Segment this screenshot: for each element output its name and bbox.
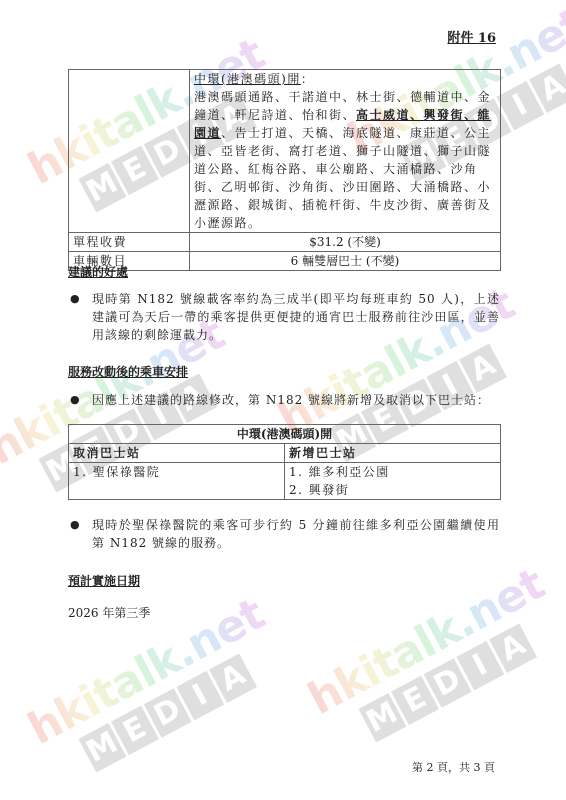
added-stops-cell: 1. 維多利亞公園 2. 興發街	[285, 463, 501, 500]
vehicle-value: 6 輛雙層巴士 (不變)	[190, 252, 501, 271]
fare-label: 單程收費	[69, 233, 190, 252]
bullet-icon: ●	[70, 290, 81, 308]
cancelled-stop: 1. 聖保祿醫院	[73, 463, 280, 481]
added-stop: 1. 維多利亞公園	[289, 463, 496, 481]
date-heading: 預計實施日期	[68, 572, 140, 589]
route-table: 中環(港澳碼頭)開： 港澳碼頭通路、干諾道中、林士街、德輔道中、金鐘道、軒尼詩道…	[68, 69, 501, 271]
arrangements-bullet-2: ● 現時於聖保祿醫院的乘客可步行約 5 分鐘前往維多利亞公園繼續使用第 N182…	[68, 516, 500, 552]
cancelled-stops-cell: 1. 聖保祿醫院	[69, 463, 285, 500]
annex-label: 附件 16	[447, 27, 496, 46]
arrangements-bullet-1: ● 因應上述建議的路線修改，第 N182 號線將新增及取消以下巴士站：	[68, 391, 500, 409]
benefits-bullet: ● 現時第 N182 號線載客率約為三成半(即平均每班車約 50 人)，上述建議…	[68, 290, 500, 344]
bullet-icon: ●	[70, 391, 81, 409]
fare-row: 單程收費 $31.2 (不變)	[69, 233, 501, 252]
benefits-heading: 建議的好處	[68, 263, 128, 280]
added-stop: 2. 興發街	[289, 481, 496, 499]
col-added-header: 新增巴士站	[285, 444, 501, 463]
fare-value: $31.2 (不變)	[190, 233, 501, 252]
stops-table: 中環(港澳碼頭)開 取消巴士站 新增巴士站 1. 聖保祿醫院 1. 維多利亞公園…	[68, 424, 501, 500]
route-text: 、告士打道、天橋、海底隧道、康莊道、公主道、亞皆老街、窩打老道、獅子山隧道、獅子…	[194, 126, 491, 230]
route-label-cell	[69, 70, 190, 233]
stops-table-title: 中環(港澳碼頭)開	[69, 425, 501, 444]
arrangements-heading: 服務改動後的乘車安排	[68, 363, 188, 380]
bullet-icon: ●	[70, 516, 81, 534]
direction-heading: 中環(港澳碼頭)開	[194, 72, 301, 86]
route-row: 中環(港澳碼頭)開： 港澳碼頭通路、干諾道中、林士街、德輔道中、金鐘道、軒尼詩道…	[69, 70, 501, 233]
document-page: 附件 16 中環(港澳碼頭)開： 港澳碼頭通路、干諾道中、林士街、德輔道中、金鐘…	[0, 0, 566, 800]
page-footer: 第 2 頁，共 3 頁	[412, 759, 495, 775]
implementation-date: 2026 年第三季	[68, 604, 150, 621]
col-cancelled-header: 取消巴士站	[69, 444, 285, 463]
route-detail-cell: 中環(港澳碼頭)開： 港澳碼頭通路、干諾道中、林士街、德輔道中、金鐘道、軒尼詩道…	[190, 70, 501, 233]
vehicle-row: 車輛數目 6 輛雙層巴士 (不變)	[69, 252, 501, 271]
